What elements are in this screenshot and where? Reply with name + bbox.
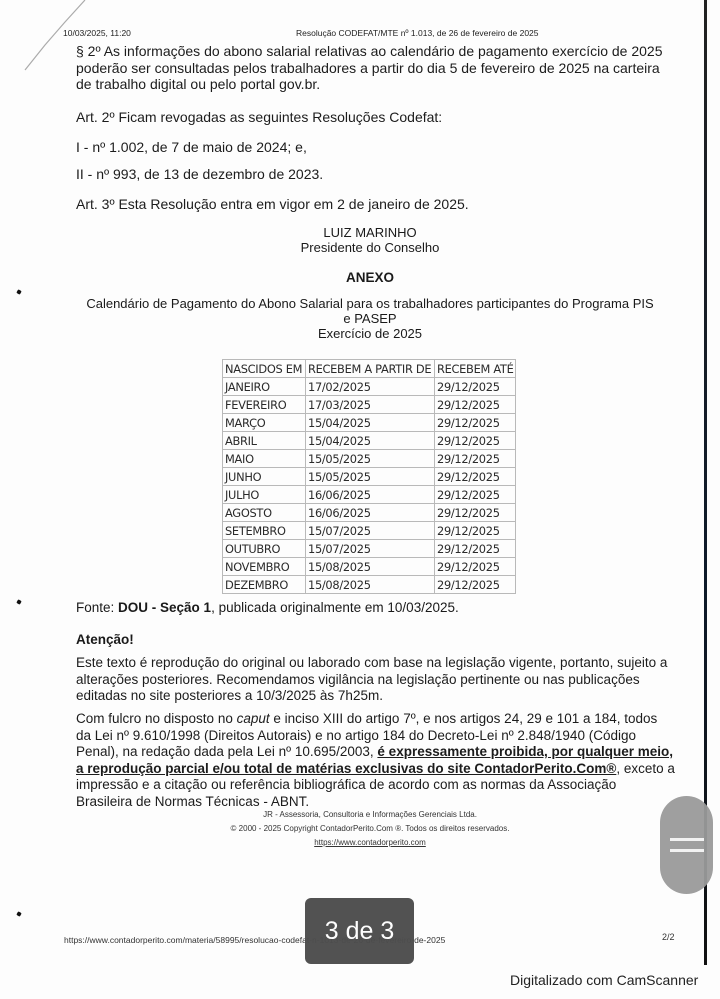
source-name: DOU - Seção 1 (118, 600, 211, 615)
cell-receive-until: 29/12/2025 (435, 432, 516, 450)
cell-birth-month: AGOSTO (223, 504, 306, 522)
cell-birth-month: DEZEMBRO (223, 576, 306, 594)
cell-receive-until: 29/12/2025 (435, 468, 516, 486)
scan-speck (16, 289, 21, 294)
table-row: JUNHO15/05/202529/12/2025 (223, 468, 516, 486)
column-header-born-in: NASCIDOS EM (223, 360, 306, 378)
signer-name: LUIZ MARINHO (60, 225, 680, 240)
cell-receive-until: 29/12/2025 (435, 540, 516, 558)
cell-receive-until: 29/12/2025 (435, 522, 516, 540)
source-suffix: , publicada originalmente em 10/03/2025. (211, 600, 459, 615)
cell-birth-month: ABRIL (223, 432, 306, 450)
cell-birth-month: FEVEREIRO (223, 396, 306, 414)
page-indicator: 3 de 3 (305, 898, 414, 964)
table-row: NOVEMBRO15/08/202529/12/2025 (223, 558, 516, 576)
annex-title: Calendário de Pagamento do Abono Salaria… (60, 296, 680, 341)
print-timestamp: 10/03/2025, 11:20 (63, 28, 131, 38)
cell-receive-from: 17/02/2025 (306, 378, 435, 396)
copyright-notice: Com fulcro no disposto no caput e inciso… (76, 711, 676, 810)
camscanner-watermark: Digitalizado com CamScanner (510, 972, 698, 988)
article-3: Art. 3º Esta Resolução entra em vigor em… (76, 196, 676, 213)
scroll-handle[interactable] (660, 796, 713, 894)
cell-receive-from: 15/04/2025 (306, 432, 435, 450)
scan-speck (16, 911, 21, 916)
cell-receive-until: 29/12/2025 (435, 576, 516, 594)
grip-line-icon (670, 838, 704, 841)
cell-birth-month: NOVEMBRO (223, 558, 306, 576)
signature-block: LUIZ MARINHO Presidente do Conselho (60, 225, 680, 255)
cell-receive-from: 15/07/2025 (306, 522, 435, 540)
notice-part1: Com fulcro no disposto no (76, 711, 237, 726)
cell-birth-month: JUNHO (223, 468, 306, 486)
source-prefix: Fonte: (76, 600, 118, 615)
paragraph-2: § 2º As informações do abono salarial re… (76, 43, 676, 93)
attention-heading: Atenção! (76, 632, 134, 647)
cell-receive-from: 16/06/2025 (306, 486, 435, 504)
table-row: SETEMBRO15/07/202529/12/2025 (223, 522, 516, 540)
cell-receive-until: 29/12/2025 (435, 450, 516, 468)
annex-title-line3: Exercício de 2025 (60, 326, 680, 341)
site-link[interactable]: https://www.contadorperito.com (314, 838, 426, 847)
table-row: AGOSTO16/06/202529/12/2025 (223, 504, 516, 522)
cell-receive-from: 16/06/2025 (306, 504, 435, 522)
table-row: MARÇO15/04/202529/12/2025 (223, 414, 516, 432)
annex-heading: ANEXO (60, 270, 680, 285)
cell-birth-month: JULHO (223, 486, 306, 504)
table-row: DEZEMBRO15/08/202529/12/2025 (223, 576, 516, 594)
article-2: Art. 2º Ficam revogadas as seguintes Res… (76, 109, 676, 126)
payment-calendar-table: NASCIDOS EM RECEBEM A PARTIR DE RECEBEM … (222, 359, 516, 594)
grip-line-icon (670, 849, 704, 852)
item-i: I - nº 1.002, de 7 de maio de 2024; e, (76, 139, 676, 156)
table-row: FEVEREIRO17/03/202529/12/2025 (223, 396, 516, 414)
cell-birth-month: MAIO (223, 450, 306, 468)
notice-caput: caput (237, 711, 270, 726)
cell-receive-from: 15/04/2025 (306, 414, 435, 432)
cell-birth-month: MARÇO (223, 414, 306, 432)
annex-title-line1: Calendário de Pagamento do Abono Salaria… (60, 296, 680, 311)
signer-title: Presidente do Conselho (60, 240, 680, 255)
cell-birth-month: OUTUBRO (223, 540, 306, 558)
item-ii: II - nº 993, de 13 de dezembro de 2023. (76, 166, 676, 183)
annex-title-line2: e PASEP (60, 311, 680, 326)
document-header-title: Resolução CODEFAT/MTE nº 1.013, de 26 de… (296, 28, 539, 38)
column-header-receive-until: RECEBEM ATÉ (435, 360, 516, 378)
cell-receive-from: 15/07/2025 (306, 540, 435, 558)
table-row: JULHO16/06/202529/12/2025 (223, 486, 516, 504)
table-row: MAIO15/05/202529/12/2025 (223, 450, 516, 468)
table-header-row: NASCIDOS EM RECEBEM A PARTIR DE RECEBEM … (223, 360, 516, 378)
company-name: JR - Assessoria, Consultoria e Informaçõ… (160, 810, 580, 819)
cell-receive-from: 17/03/2025 (306, 396, 435, 414)
cell-receive-until: 29/12/2025 (435, 378, 516, 396)
source-line: Fonte: DOU - Seção 1, publicada original… (76, 600, 459, 615)
table-row: ABRIL15/04/202529/12/2025 (223, 432, 516, 450)
cell-birth-month: SETEMBRO (223, 522, 306, 540)
cell-receive-from: 15/05/2025 (306, 468, 435, 486)
cell-receive-from: 15/08/2025 (306, 558, 435, 576)
cell-receive-until: 29/12/2025 (435, 558, 516, 576)
column-header-receive-from: RECEBEM A PARTIR DE (306, 360, 435, 378)
page-number: 2/2 (662, 932, 675, 942)
scan-speck (16, 599, 21, 604)
copyright-line: © 2000 - 2025 Copyright ContadorPerito.C… (160, 824, 580, 833)
cell-receive-until: 29/12/2025 (435, 396, 516, 414)
scanned-document-page: 10/03/2025, 11:20 Resolução CODEFAT/MTE … (0, 0, 720, 999)
cell-receive-until: 29/12/2025 (435, 486, 516, 504)
cell-receive-from: 15/08/2025 (306, 576, 435, 594)
cell-birth-month: JANEIRO (223, 378, 306, 396)
table-row: OUTUBRO15/07/202529/12/2025 (223, 540, 516, 558)
cell-receive-until: 29/12/2025 (435, 504, 516, 522)
attention-text: Este texto é reprodução do original ou l… (76, 655, 676, 705)
cell-receive-from: 15/05/2025 (306, 450, 435, 468)
table-row: JANEIRO17/02/202529/12/2025 (223, 378, 516, 396)
cell-receive-until: 29/12/2025 (435, 414, 516, 432)
